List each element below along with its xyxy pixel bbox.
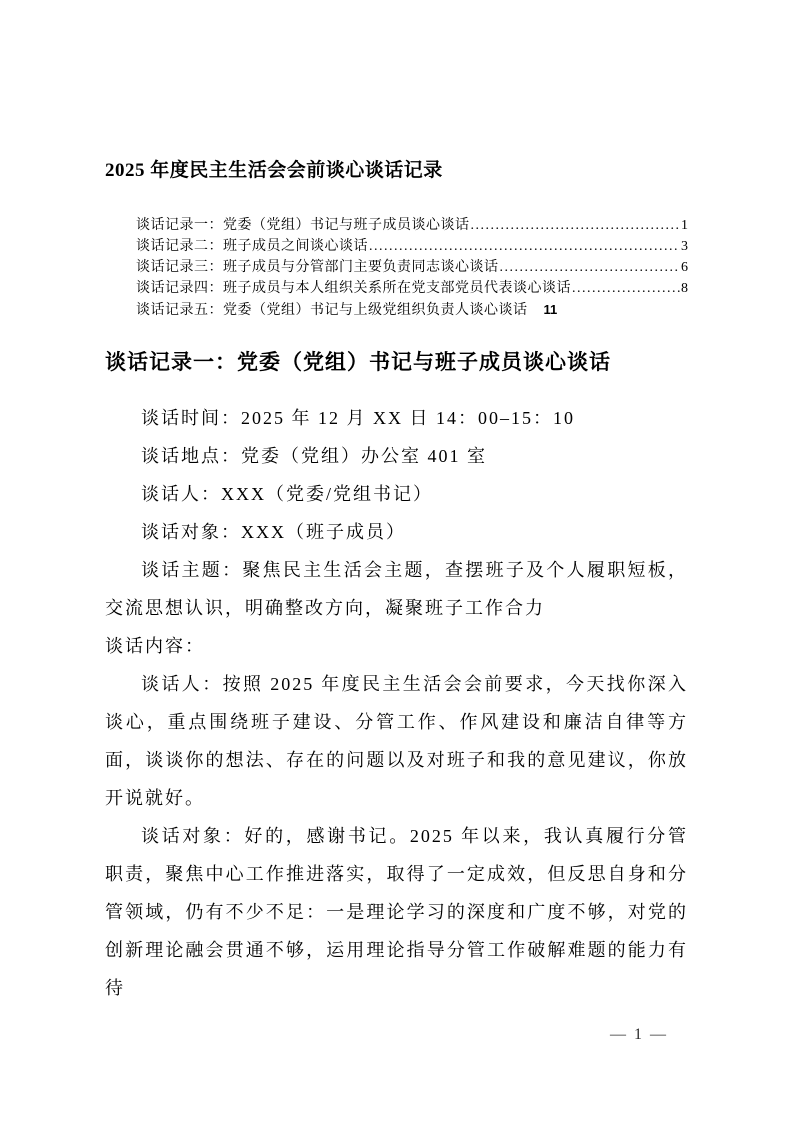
toc-entry-page-number: 1	[681, 215, 688, 236]
section-body: 谈话时间：2025 年 12 月 XX 日 14：00–15：10谈话地点：党委…	[105, 399, 688, 1007]
toc-entry-label: 谈话记录三：班子成员与分管部门主要负责同志谈心谈话	[136, 257, 499, 278]
body-paragraph: 谈话人：XXX（党委/党组书记）	[105, 475, 688, 513]
toc-dot-leader: ........................................…	[369, 236, 680, 257]
body-paragraph: 谈话地点：党委（党组）办公室 401 室	[105, 437, 688, 475]
toc-entry[interactable]: 谈话记录四：班子成员与本人组织关系所在党支部党员代表谈心谈话..........…	[136, 278, 688, 299]
toc-entry-page-number: 6	[681, 257, 688, 278]
toc-entry[interactable]: 谈话记录二：班子成员之间谈心谈话........................…	[136, 236, 688, 257]
body-paragraph: 谈话主题：聚焦民主生活会主题，查摆班子及个人履职短板，交流思想认识，明确整改方向…	[105, 551, 688, 627]
toc-entry-label: 谈话记录一：党委（党组）书记与班子成员谈心谈话	[136, 215, 470, 236]
document-page: 2025 年度民主生活会会前谈心谈话记录 谈话记录一：党委（党组）书记与班子成员…	[0, 0, 793, 1122]
body-paragraph: 谈话对象：XXX（班子成员）	[105, 513, 688, 551]
toc-entry-page-number: 8	[681, 278, 688, 299]
toc-entry-page-number: 3	[681, 236, 688, 257]
toc-entry[interactable]: 谈话记录三：班子成员与分管部门主要负责同志谈心谈话...............…	[136, 257, 688, 278]
body-paragraph: 谈话内容：	[105, 627, 688, 665]
section-heading: 谈话记录一：党委（党组）书记与班子成员谈心谈话	[105, 348, 688, 377]
page-number: — 1 —	[610, 1026, 668, 1044]
table-of-contents: 谈话记录一：党委（党组）书记与班子成员谈心谈话.................…	[105, 215, 688, 321]
body-paragraph: 谈话对象：好的，感谢书记。2025 年以来，我认真履行分管职责，聚焦中心工作推进…	[105, 817, 688, 1007]
body-paragraph: 谈话人：按照 2025 年度民主生活会会前要求，今天找你深入谈心，重点围绕班子建…	[105, 665, 688, 817]
body-paragraph: 谈话时间：2025 年 12 月 XX 日 14：00–15：10	[105, 399, 688, 437]
toc-entry[interactable]: 谈话记录五：党委（党组）书记与上级党组织负责人谈心谈话11	[136, 299, 688, 321]
toc-dot-leader: ........................................…	[500, 257, 681, 278]
toc-dot-leader: ........................................…	[572, 278, 680, 299]
document-title: 2025 年度民主生活会会前谈心谈话记录	[105, 158, 688, 184]
toc-entry-label: 谈话记录五：党委（党组）书记与上级党组织负责人谈心谈话	[136, 300, 528, 321]
toc-dot-leader: ........................................…	[471, 215, 681, 236]
toc-entry-label: 谈话记录二：班子成员之间谈心谈话	[136, 236, 368, 257]
toc-entry[interactable]: 谈话记录一：党委（党组）书记与班子成员谈心谈话.................…	[136, 215, 688, 236]
toc-entry-page-number: 11	[544, 299, 558, 320]
toc-entry-label: 谈话记录四：班子成员与本人组织关系所在党支部党员代表谈心谈话	[136, 278, 571, 299]
